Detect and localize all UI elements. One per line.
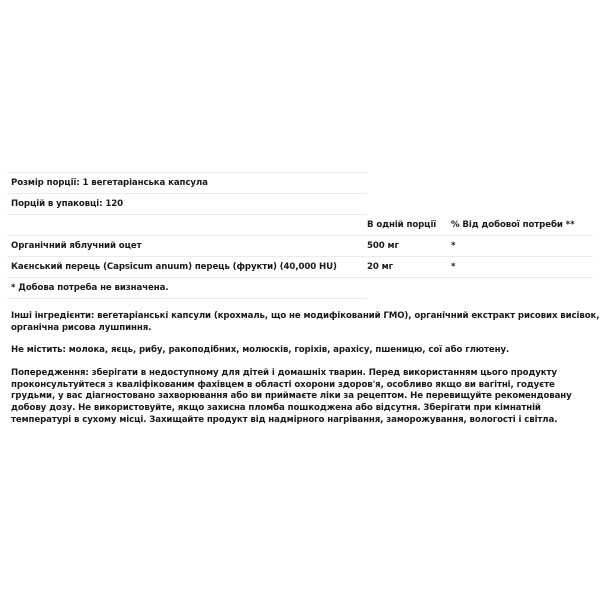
ingredient-amount: 20 мг — [367, 262, 451, 272]
allergen-statement: Не містить: молока, яєць, рибу, ракоподі… — [7, 345, 600, 357]
serving-size-row: Розмір порції: 1 вегетаріанська капсула — [7, 173, 367, 194]
footnote-row: * Добова потреба не визначена. — [7, 278, 367, 299]
ingredient-name: Органічний яблучний оцет — [7, 241, 367, 251]
table-header-row: В одній порції % Від добової потреби ** — [7, 215, 593, 236]
warning-text: Попередження: зберігати в недоступному д… — [7, 368, 600, 427]
supplement-facts: Розмір порції: 1 вегетаріанська капсула … — [7, 172, 593, 299]
servings-per-container: Порцій в упаковці: 120 — [7, 199, 367, 209]
serving-size: Розмір порції: 1 вегетаріанська капсула — [7, 178, 367, 188]
table-row: Каєнський перець (Capsicum anuum) перець… — [7, 257, 593, 278]
footnote: * Добова потреба не визначена. — [7, 283, 367, 293]
other-ingredients: Інші інгредієнти: вегетаріанські капсули… — [7, 311, 600, 334]
ingredient-dv: * — [451, 241, 593, 251]
header-amount: В одній порції — [367, 220, 451, 230]
header-daily-value: % Від добової потреби ** — [451, 220, 593, 230]
ingredient-name: Каєнський перець (Capsicum anuum) перець… — [7, 262, 367, 272]
servings-per-container-row: Порцій в упаковці: 120 — [7, 194, 367, 215]
ingredient-dv: * — [451, 262, 593, 272]
ingredient-amount: 500 мг — [367, 241, 451, 251]
table-row: Органічний яблучний оцет 500 мг * — [7, 236, 593, 257]
